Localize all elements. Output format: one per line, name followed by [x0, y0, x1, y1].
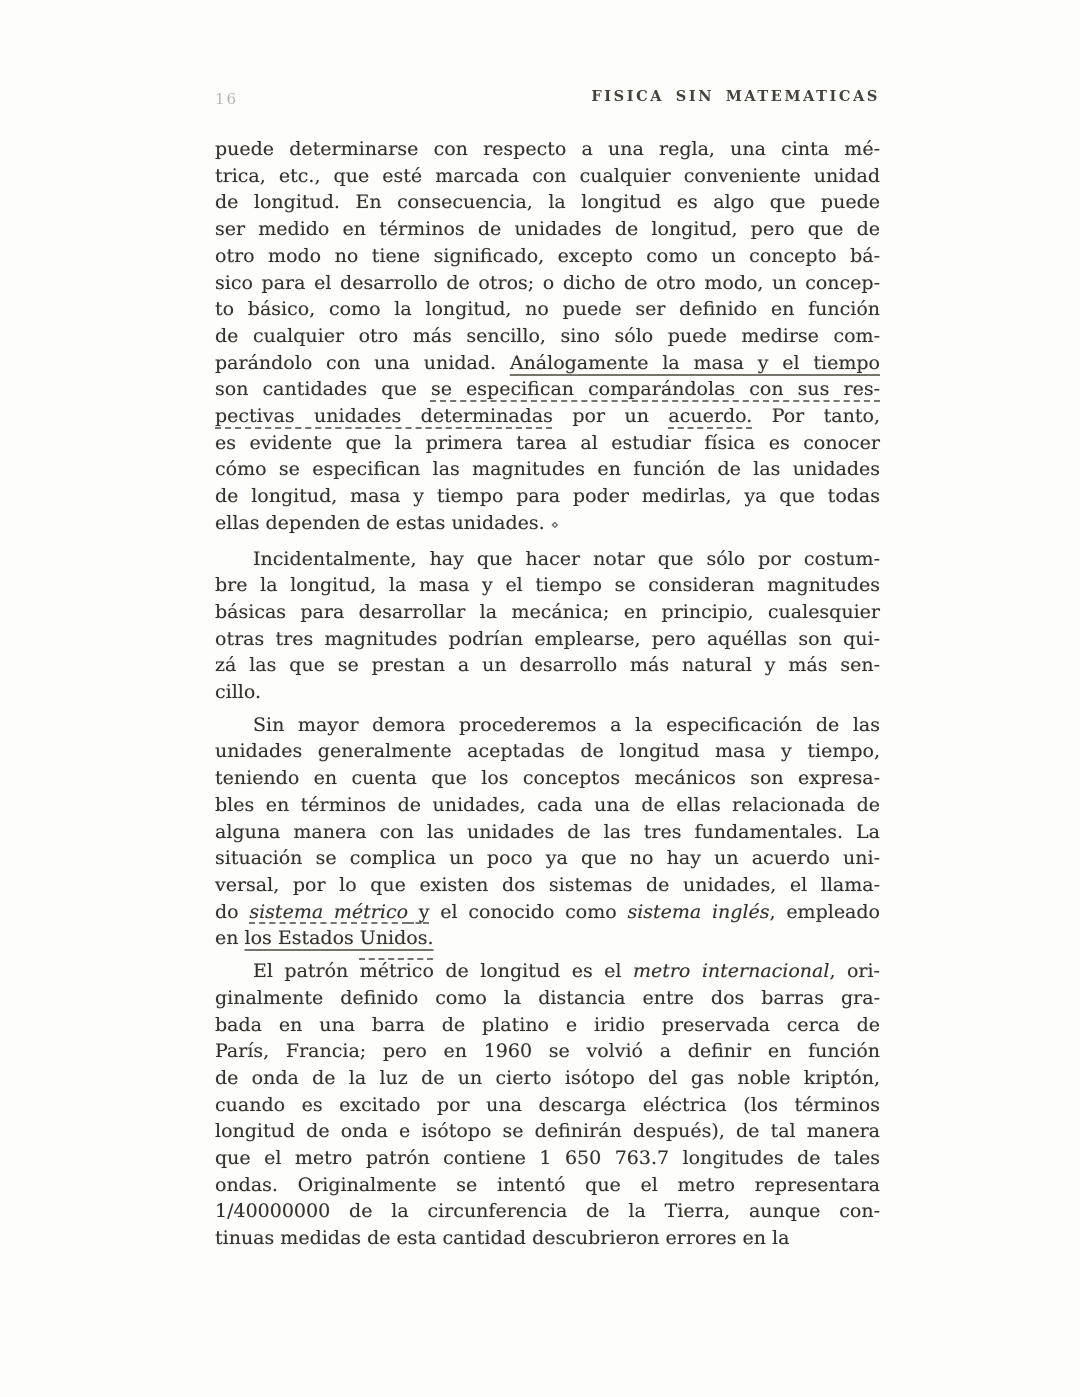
text-line: ginalmente definido como la distancia en… — [215, 985, 880, 1012]
text-line: ondas. Originalmente se intentó que el m… — [215, 1172, 880, 1199]
text-line: tinuas medidas de esta cantidad descubri… — [215, 1225, 880, 1252]
text-line: otras tres magnitudes podrían emplearse,… — [215, 626, 880, 653]
text-line: son cantidades que se especifican compar… — [215, 376, 880, 403]
text-line: es evidente que la primera tarea al estu… — [215, 430, 880, 457]
text-line: ellas dependen de estas unidades. ⋄ — [215, 510, 880, 540]
text-line: sico para el desarrollo de otros; o dich… — [215, 270, 880, 297]
annotation-pencil-over: métrico — [360, 960, 434, 982]
text-line: cillo. — [215, 679, 880, 706]
text-line: unidades generalmente aceptadas de longi… — [215, 738, 880, 765]
text-line: do sistema métrico y el conocido como si… — [215, 899, 880, 926]
text-line: de cualquier otro más sencillo, sino sól… — [215, 323, 880, 350]
text-line: básicas para desarrollar la mecánica; en… — [215, 599, 880, 626]
text-line: Incidentalmente, hay que hacer notar que… — [215, 546, 880, 573]
paragraph: El patrón métrico de longitud es el metr… — [215, 958, 880, 1252]
text-line: situación se complica un poco ya que no … — [215, 845, 880, 872]
text-line: parándolo con una unidad. Análogamente l… — [215, 350, 880, 377]
end-mark: ⋄ — [551, 518, 559, 533]
text-line: cuando es excitado por una descarga eléc… — [215, 1092, 880, 1119]
annotation-pencil-dash: sistema métrico y — [249, 901, 429, 923]
text-line: bre la longitud, la masa y el tiempo se … — [215, 572, 880, 599]
annotation-pencil: Análogamente la masa y el tiempo — [510, 352, 880, 374]
text-line: en los Estados Unidos. — [215, 925, 880, 952]
annotation-italic: metro internacional — [633, 960, 830, 982]
text-line: zá las que se prestan a un desarrollo má… — [215, 652, 880, 679]
page-number: 16 — [215, 90, 238, 108]
annotation-italic: sistema métrico — [249, 901, 408, 923]
text-line: El patrón métrico de longitud es el metr… — [215, 958, 880, 985]
text-line: alguna manera con las unidades de las tr… — [215, 819, 880, 846]
book-page: 16 FISICA SIN MATEMATICAS puede determin… — [0, 0, 1080, 1397]
text-line: de longitud, masa y tiempo para poder me… — [215, 483, 880, 510]
annotation-pencil-dash: se especifican comparándolas con sus res… — [431, 378, 880, 400]
text-line: Sin mayor demora procederemos a la espec… — [215, 712, 880, 739]
text-line: ser medido en términos de unidades de lo… — [215, 216, 880, 243]
header-title: FISICA SIN MATEMATICAS — [591, 88, 880, 105]
annotation-pencil: los Estados Unidos. — [245, 927, 434, 949]
annotation-pencil-dash: pectivas unidades determinadas — [215, 405, 553, 427]
text-line: de onda de la luz de un cierto isótopo d… — [215, 1065, 880, 1092]
paragraph: Incidentalmente, hay que hacer notar que… — [215, 546, 880, 706]
text-line: to básico, como la longitud, no puede se… — [215, 296, 880, 323]
text-line: longitud de onda e isótopo se definirán … — [215, 1118, 880, 1145]
text-line: pectivas unidades determinadas por un ac… — [215, 403, 880, 430]
text-line: cómo se especifican las magnitudes en fu… — [215, 456, 880, 483]
text-line: teniendo en cuenta que los conceptos mec… — [215, 765, 880, 792]
paragraph: puede determinarse con respecto a una re… — [215, 136, 880, 540]
text-line: versal, por lo que existen dos sistemas … — [215, 872, 880, 899]
running-header: 16 FISICA SIN MATEMATICAS — [215, 88, 880, 112]
paragraph: Sin mayor demora procederemos a la espec… — [215, 712, 880, 952]
text-line: París, Francia; pero en 1960 se volvió a… — [215, 1038, 880, 1065]
text-line: de longitud. En consecuencia, la longitu… — [215, 189, 880, 216]
text-line: trica, etc., que esté marcada con cualqu… — [215, 163, 880, 190]
text-line: puede determinarse con respecto a una re… — [215, 136, 880, 163]
text-line: bles en términos de unidades, cada una d… — [215, 792, 880, 819]
text-line: 1/40000000 de la circunferencia de la Ti… — [215, 1198, 880, 1225]
annotation-pencil-dash: acuerdo. — [668, 405, 752, 427]
annotation-italic: sistema inglés — [627, 901, 769, 923]
text-line: otro modo no tiene significado, excepto … — [215, 243, 880, 270]
text-line: bada en una barra de platino e iridio pr… — [215, 1012, 880, 1039]
text-line: que el metro patrón contiene 1 650 763.7… — [215, 1145, 880, 1172]
page-body: puede determinarse con respecto a una re… — [215, 136, 880, 1258]
